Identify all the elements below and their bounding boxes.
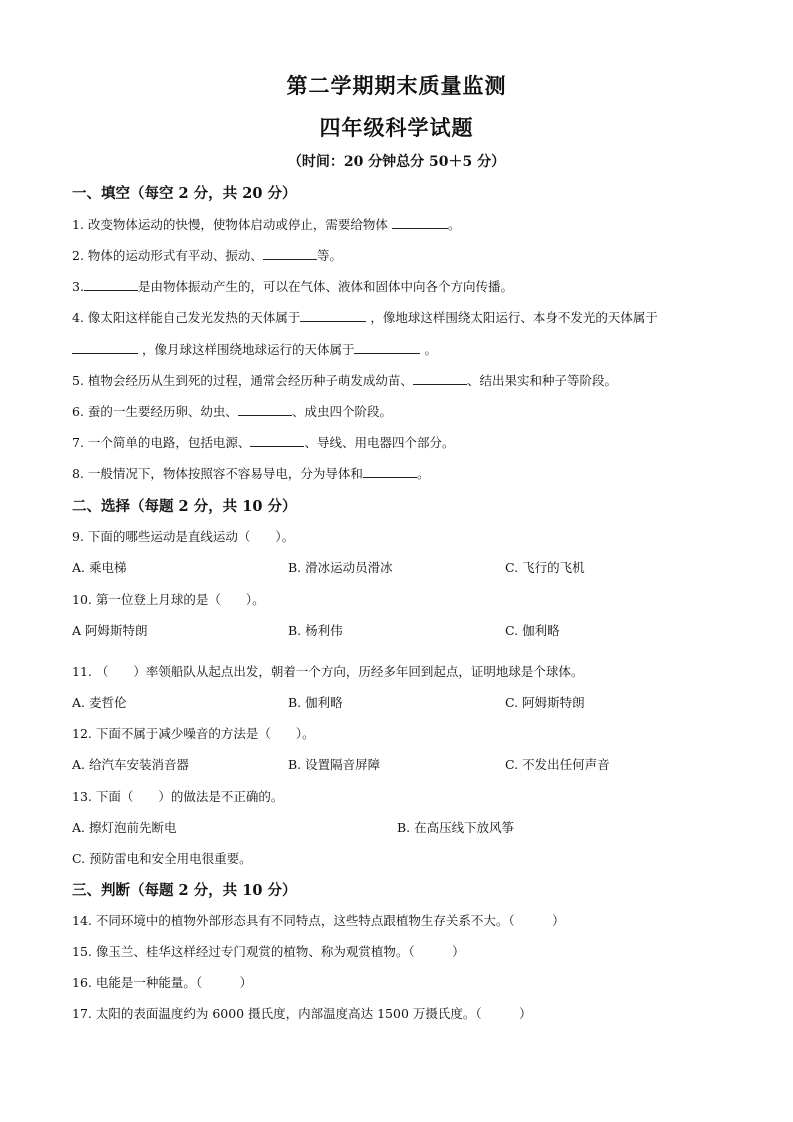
question-number: 1.: [72, 217, 84, 232]
answer-blank[interactable]: [238, 403, 292, 416]
question-13: 13. 下面（ ）的做法是不正确的。: [72, 787, 283, 805]
option-c[interactable]: C. 飞行的飞机: [505, 558, 585, 576]
question-number: 3.: [72, 279, 84, 294]
question-6: 6. 蚕的一生要经历卵、幼虫、、成虫四个阶段。: [72, 402, 392, 420]
question-text: 、导线、用电器四个部分。: [304, 435, 454, 450]
question-10: 10. 第一位登上月球的是（ ）。: [72, 590, 265, 608]
option-b[interactable]: B. 滑冰运动员滑冰: [288, 558, 393, 576]
question-12: 12. 下面不属于减少噪音的方法是（ ）。: [72, 724, 315, 742]
question-14: 14. 不同环境中的植物外部形态具有不同特点，这些特点跟植物生存关系不大。（ ）: [72, 911, 565, 929]
option-a[interactable]: A. 给汽车安装消音器: [72, 755, 189, 773]
question-text: ，像地球这样围绕太阳运行、本身不发光的天体属于: [366, 310, 657, 325]
question-15: 15. 像玉兰、桂华这样经过专门观赏的植物、称为观赏植物。（ ）: [72, 942, 465, 960]
question-text: ，像月球这样围绕地球运行的天体属于: [138, 342, 354, 357]
answer-blank[interactable]: [413, 372, 467, 385]
option-c[interactable]: C. 阿姆斯特朗: [505, 693, 585, 711]
answer-blank[interactable]: [84, 278, 138, 291]
question-16: 16. 电能是一种能量。（ ）: [72, 973, 252, 991]
option-c[interactable]: C. 预防雷电和安全用电很重要。: [72, 849, 252, 867]
question-text: 物体的运动形式有平动、振动、: [88, 248, 263, 263]
question-text: 改变物体运动的快慢，使物体启动或停止，需要给物体: [88, 217, 392, 232]
question-number: 5.: [72, 373, 84, 388]
option-b[interactable]: B. 杨利伟: [288, 621, 343, 639]
question-number: 8.: [72, 466, 84, 481]
question-17: 17. 太阳的表面温度约为 6000 摄氏度，内部温度高达 1500 万摄氏度。…: [72, 1004, 532, 1022]
question-4-continued: ，像月球这样围绕地球运行的天体属于 。: [72, 340, 437, 358]
question-number: 2.: [72, 248, 84, 263]
question-number: 4.: [72, 310, 84, 325]
question-2: 2. 物体的运动形式有平动、振动、等。: [72, 246, 342, 264]
question-text: 、结出果实和种子等阶段。: [467, 373, 617, 388]
section-heading-true-false: 三、判断（每题 2 分，共 10 分）: [72, 879, 296, 900]
answer-blank[interactable]: [392, 216, 448, 229]
question-5: 5. 植物会经历从生到死的过程，通常会经历种子萌发成幼苗、、结出果实和种子等阶段…: [72, 371, 617, 389]
question-11: 11. （ ）率领船队从起点出发，朝着一个方向，历经多年回到起点，证明地球是个球…: [72, 662, 583, 680]
option-a[interactable]: A. 乘电梯: [72, 558, 126, 576]
question-text: 。: [417, 466, 430, 481]
question-number: 7.: [72, 435, 84, 450]
option-c[interactable]: C. 伽利略: [505, 621, 560, 639]
exam-info: （时间：20 分钟总分 50＋5 分）: [0, 151, 793, 171]
question-text: 一个简单的电路，包括电源、: [88, 435, 251, 450]
question-3: 3.是由物体振动产生的，可以在气体、液体和固体中向各个方向传播。: [72, 277, 513, 295]
exam-subtitle: 四年级科学试题: [0, 112, 793, 142]
question-text: 蚕的一生要经历卵、幼虫、: [88, 404, 238, 419]
question-number: 6.: [72, 404, 84, 419]
question-4: 4. 像太阳这样能自己发光发热的天体属于 ，像地球这样围绕太阳运行、本身不发光的…: [72, 308, 658, 326]
question-9: 9. 下面的哪些运动是直线运动（ ）。: [72, 527, 294, 545]
question-text: 是由物体振动产生的，可以在气体、液体和固体中向各个方向传播。: [138, 279, 513, 294]
option-c[interactable]: C. 不发出任何声音: [505, 755, 610, 773]
section-heading-fill-blank: 一、填空（每空 2 分，共 20 分）: [72, 182, 296, 203]
section-heading-multiple-choice: 二、选择（每题 2 分，共 10 分）: [72, 495, 296, 516]
answer-blank[interactable]: [354, 341, 420, 354]
question-text: 像太阳这样能自己发光发热的天体属于: [88, 310, 301, 325]
question-text: 。: [420, 342, 436, 357]
question-7: 7. 一个简单的电路，包括电源、、导线、用电器四个部分。: [72, 433, 454, 451]
question-text: 植物会经历从生到死的过程，通常会经历种子萌发成幼苗、: [88, 373, 413, 388]
answer-blank[interactable]: [300, 309, 366, 322]
option-a[interactable]: A. 擦灯泡前先断电: [72, 818, 176, 836]
answer-blank[interactable]: [250, 434, 304, 447]
question-text: 一般情况下，物体按照容不容易导电，分为导体和: [88, 466, 363, 481]
question-text: 。: [448, 217, 461, 232]
exam-title: 第二学期期末质量监测: [0, 70, 793, 100]
question-1: 1. 改变物体运动的快慢，使物体启动或停止，需要给物体 。: [72, 215, 460, 233]
answer-blank[interactable]: [72, 341, 138, 354]
question-text: 等。: [317, 248, 342, 263]
answer-blank[interactable]: [363, 465, 417, 478]
option-b[interactable]: B. 伽利略: [288, 693, 343, 711]
answer-blank[interactable]: [263, 247, 317, 260]
question-text: 、成虫四个阶段。: [292, 404, 392, 419]
option-b[interactable]: B. 设置隔音屏障: [288, 755, 380, 773]
option-a[interactable]: A 阿姆斯特朗: [72, 621, 148, 639]
option-a[interactable]: A. 麦哲伦: [72, 693, 126, 711]
option-b[interactable]: B. 在高压线下放风筝: [397, 818, 514, 836]
question-8: 8. 一般情况下，物体按照容不容易导电，分为导体和。: [72, 464, 429, 482]
